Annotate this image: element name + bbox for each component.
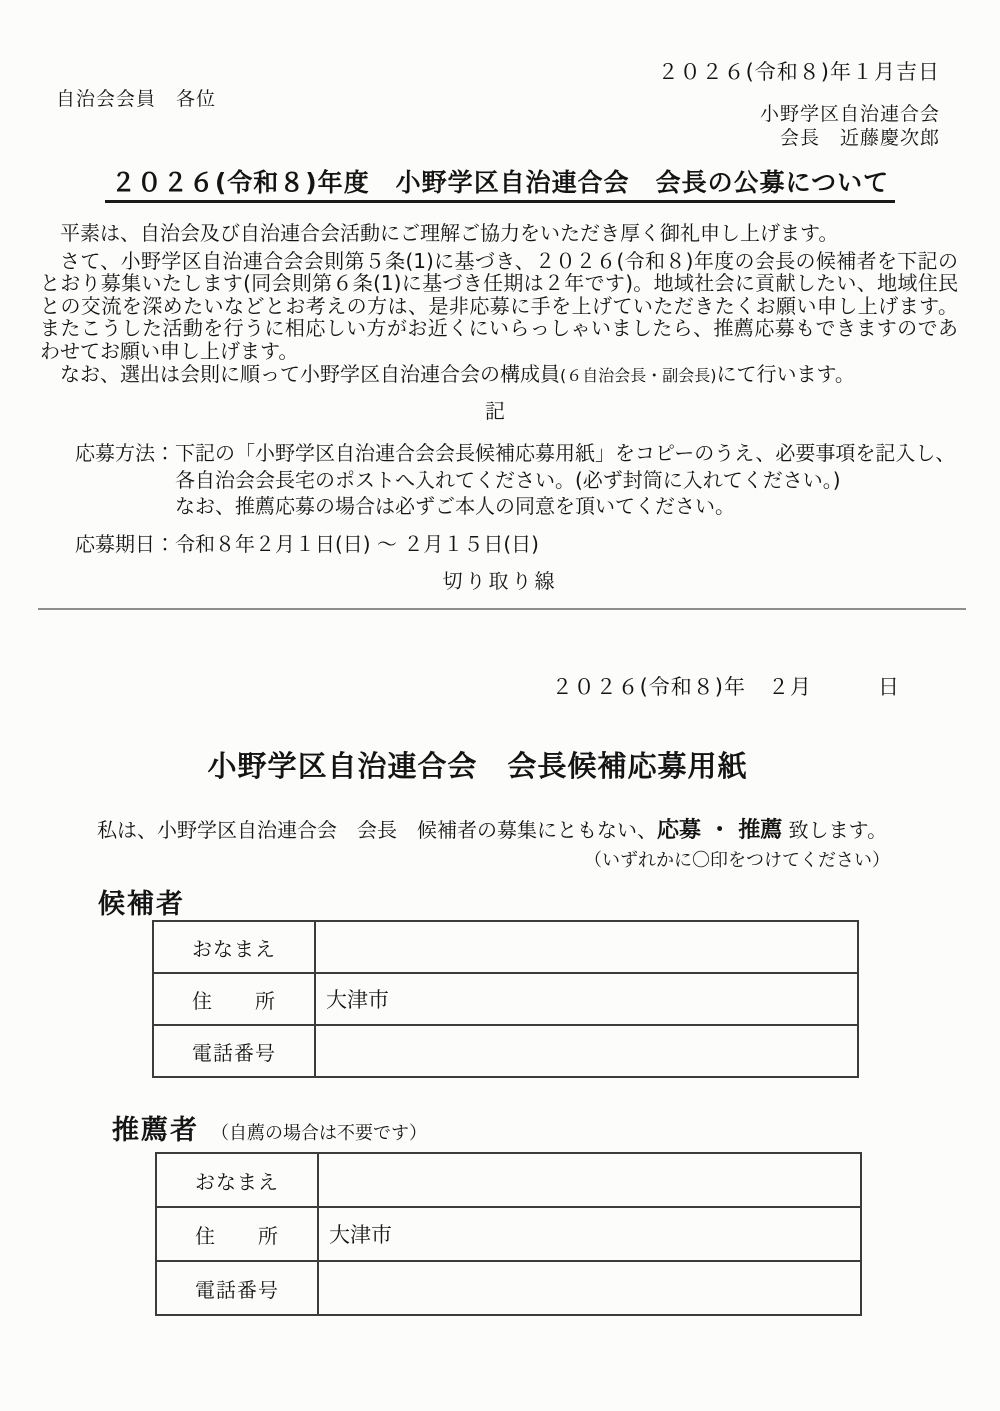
organization-name: 小野学区自治連合会 (760, 102, 940, 126)
paragraph-selection: なお、選出は会則に順って小野学区自治連合会の構成員(６自治会長・副会長)にて行い… (40, 363, 958, 388)
table-row: 電話番号 (156, 1261, 861, 1315)
application-deadline-value: 令和８年２月１日(日) ～ ２月１５日(日) (175, 532, 539, 556)
paragraph-greeting: 平素は、自治会及び自治連合会活動にご理解ご協力をいただき厚く御礼申し上げます。 (40, 222, 958, 245)
paragraph-selection-suffix: にて行います。 (717, 362, 855, 386)
ki-marker: 記 (0, 395, 990, 424)
candidate-address-field: 大津市 (315, 973, 858, 1025)
table-row: 電話番号 (153, 1025, 858, 1077)
candidate-phone-field (315, 1025, 858, 1077)
recommender-heading-note: （自薦の場合は不要です） (211, 1123, 427, 1144)
declaration-line: 私は、小野学区自治連合会 会長 候補者の募集にともない、応募 ・ 推薦 致します… (97, 813, 887, 844)
scanned-document-page: ２０２６(令和８)年１月吉日 自治会会員 各位 小野学区自治連合会 会長 近藤慶… (0, 0, 1000, 1411)
paragraph-recruitment: さて、小野学区自治連合会会則第５条(1)に基づき、２０２６(令和８)年度の会長の… (40, 250, 958, 363)
candidate-address-label: 住 所 (153, 973, 315, 1025)
cut-line-label: 切り取り線 (0, 565, 1000, 594)
declaration-prefix: 私は、小野学区自治連合会 会長 候補者の募集にともない、 (97, 818, 657, 842)
application-method-line-1: 下記の「小野学区自治連合会会長候補応募用紙」をコピーのうえ、必要事項を記入し、 (175, 440, 955, 467)
recommender-section-heading: 推薦者（自薦の場合は不要です） (112, 1108, 427, 1147)
body-text: 平素は、自治会及び自治連合会活動にご理解ご協力をいただき厚く御礼申し上げます。 … (40, 222, 958, 387)
candidate-section-heading: 候補者 (98, 882, 185, 921)
sender-block: 小野学区自治連合会 会長 近藤慶次郎 (760, 102, 940, 150)
document-title: ２０２６(令和８)年度 小野学区自治連合会 会長の公募について (0, 163, 1000, 199)
paragraph-selection-paren: (６自治会長・副会長) (560, 366, 717, 385)
declaration-suffix: 致します。 (782, 818, 887, 842)
recommender-name-label: おなまえ (156, 1153, 318, 1207)
recommender-name-field (318, 1153, 861, 1207)
table-row: おなまえ (156, 1153, 861, 1207)
recommender-table: おなまえ 住 所 大津市 電話番号 (155, 1152, 862, 1316)
candidate-table: おなまえ 住 所 大津市 電話番号 (152, 920, 859, 1078)
recommender-heading-text: 推薦者 (112, 1115, 199, 1146)
form-date-line: ２０２６(令和８)年 ２月 日 (552, 671, 900, 701)
table-row: 住 所 大津市 (153, 973, 858, 1025)
application-deadline: 応募期日：令和８年２月１日(日) ～ ２月１５日(日) (75, 528, 539, 557)
recommender-address-field: 大津市 (318, 1207, 861, 1261)
circle-instruction-note: （いずれかに〇印をつけてください） (584, 846, 890, 872)
application-method: 応募方法： 下記の「小野学区自治連合会会長候補応募用紙」をコピーのうえ、必要事項… (75, 440, 955, 520)
paragraph-selection-text: なお、選出は会則に順って小野学区自治連合会の構成員 (60, 362, 560, 386)
application-method-label: 応募方法： (75, 440, 175, 520)
table-row: 住 所 大津市 (156, 1207, 861, 1261)
candidate-name-field (315, 921, 858, 973)
application-deadline-label: 応募期日： (75, 532, 175, 556)
recommender-phone-field (318, 1261, 861, 1315)
candidate-phone-label: 電話番号 (153, 1025, 315, 1077)
cut-line-rule (38, 608, 966, 610)
chairman-name: 会長 近藤慶次郎 (760, 126, 940, 150)
recommender-phone-label: 電話番号 (156, 1261, 318, 1315)
recipient-line: 自治会会員 各位 (56, 84, 216, 111)
table-row: おなまえ (153, 921, 858, 973)
application-method-lines: 下記の「小野学区自治連合会会長候補応募用紙」をコピーのうえ、必要事項を記入し、 … (175, 440, 955, 520)
application-method-line-2: 各自治会会長宅のポストへ入れてください。(必ず封筒に入れてください。) (175, 467, 955, 494)
recommender-address-label: 住 所 (156, 1207, 318, 1261)
application-method-line-3: なお、推薦応募の場合は必ずご本人の同意を頂いてください。 (175, 493, 955, 520)
document-title-text: ２０２６(令和８)年度 小野学区自治連合会 会長の公募について (105, 168, 895, 203)
form-title: 小野学区自治連合会 会長候補応募用紙 (0, 744, 955, 785)
candidate-name-label: おなまえ (153, 921, 315, 973)
issue-date: ２０２６(令和８)年１月吉日 (658, 56, 940, 86)
declaration-options: 応募 ・ 推薦 (657, 818, 782, 843)
